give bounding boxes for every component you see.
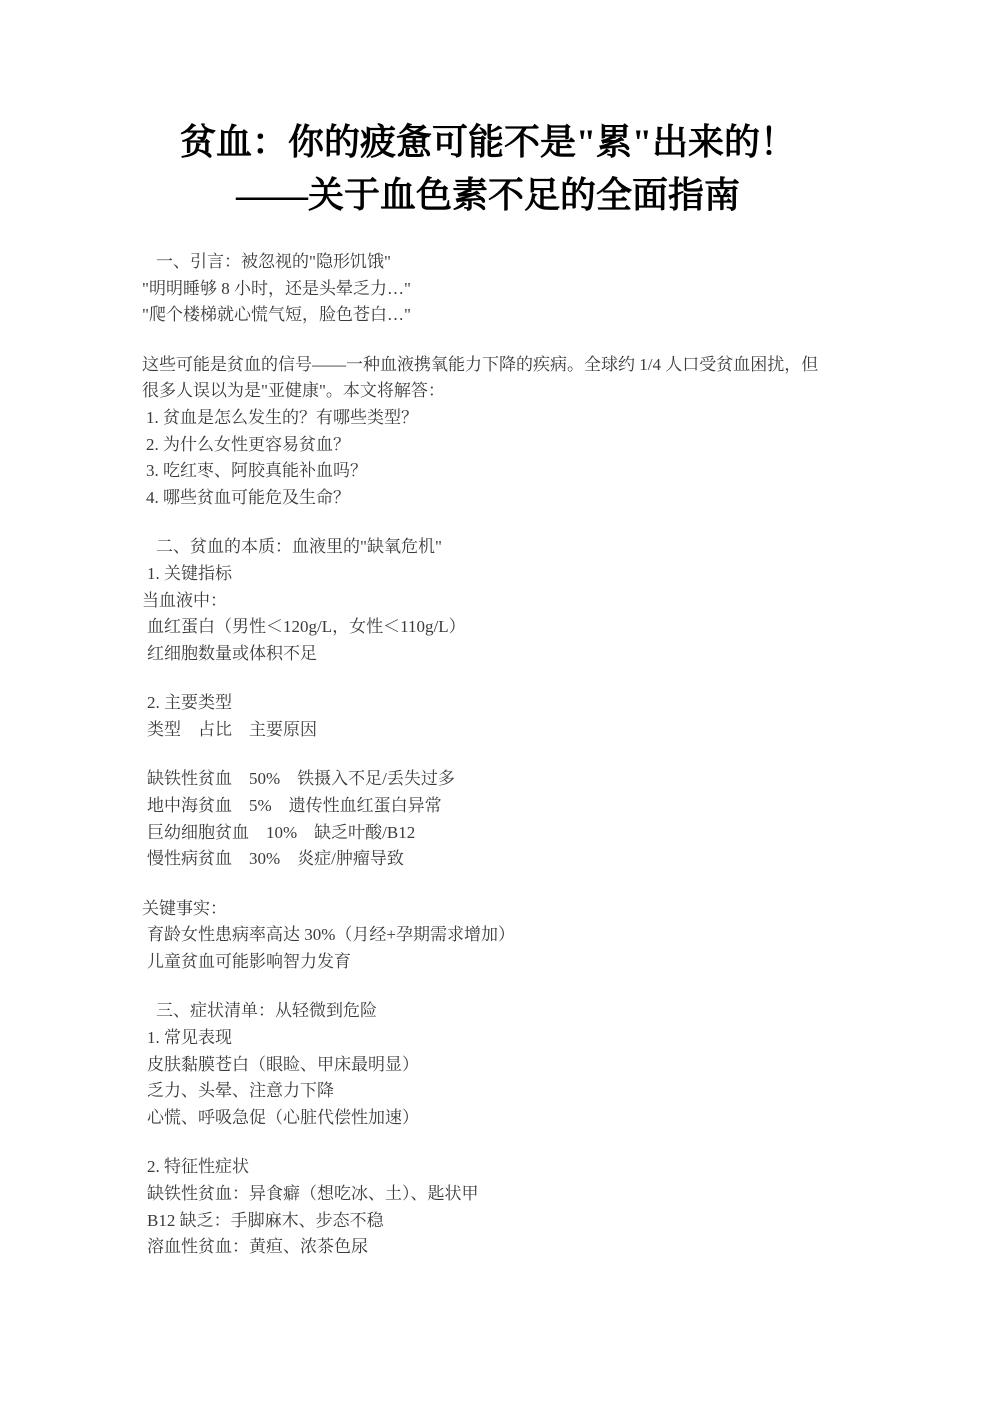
text-line: 缺铁性贫血：异食癖（想吃冰、土）、匙状甲: [142, 1181, 818, 1208]
text-line: 地中海贫血 5% 遗传性血红蛋白异常: [142, 793, 818, 820]
text-line: 皮肤黏膜苍白（眼睑、甲床最明显）: [142, 1052, 818, 1079]
text-line: "爬个楼梯就心慌气短，脸色苍白…": [142, 302, 818, 329]
blank-line: [142, 329, 818, 352]
text-line: 儿童贫血可能影响智力发育: [142, 949, 818, 976]
text-line: 2. 主要类型: [142, 690, 818, 717]
blank-line: [142, 1132, 818, 1155]
text-line: 很多人误以为是"亚健康"。本文将解答：: [142, 378, 818, 405]
text-line: "明明睡够 8 小时，还是头晕乏力…": [142, 276, 818, 303]
text-line: 红细胞数量或体积不足: [142, 641, 818, 668]
text-line: 2. 特征性症状: [142, 1154, 818, 1181]
text-line: 关键事实：: [142, 896, 818, 923]
text-line: 血红蛋白（男性＜120g/L，女性＜110g/L）: [142, 614, 818, 641]
text-line: 巨幼细胞贫血 10% 缺乏叶酸/B12: [142, 820, 818, 847]
text-line: B12 缺乏：手脚麻木、步态不稳: [142, 1208, 818, 1235]
blank-line: [142, 976, 818, 999]
text-line: 溶血性贫血：黄疸、浓茶色尿: [142, 1234, 818, 1261]
text-line: 类型 占比 主要原因: [142, 717, 818, 744]
text-line: 1. 常见表现: [142, 1025, 818, 1052]
text-line: 2. 为什么女性更容易贫血？: [142, 432, 818, 459]
text-line: 3. 吃红枣、阿胶真能补血吗？: [142, 458, 818, 485]
text-line: 1. 关键指标: [142, 561, 818, 588]
blank-line: [142, 744, 818, 767]
document-subtitle: ——关于血色素不足的全面指南: [0, 169, 976, 222]
text-line: 育龄女性患病率高达 30%（月经+孕期需求增加）: [142, 922, 818, 949]
text-line: 心慌、呼吸急促（心脏代偿性加速）: [142, 1105, 818, 1132]
text-line: 缺铁性贫血 50% 铁摄入不足/丢失过多: [142, 766, 818, 793]
document-title: 贫血：你的疲惫可能不是"累"出来的！: [0, 116, 976, 169]
text-line: 二、贫血的本质：血液里的"缺氧危机": [142, 534, 818, 561]
document-page: 贫血：你的疲惫可能不是"累"出来的！ ——关于血色素不足的全面指南 一、引言：被…: [0, 0, 992, 1403]
document-body: 一、引言：被忽视的"隐形饥饿""明明睡够 8 小时，还是头晕乏力…""爬个楼梯就…: [142, 249, 818, 1261]
text-line: 三、症状清单：从轻微到危险: [142, 998, 818, 1025]
text-line: 这些可能是贫血的信号——一种血液携氧能力下降的疾病。全球约 1/4 人口受贫血困…: [142, 352, 818, 379]
text-line: 一、引言：被忽视的"隐形饥饿": [142, 249, 818, 276]
document-title-block: 贫血：你的疲惫可能不是"累"出来的！ ——关于血色素不足的全面指南: [0, 116, 976, 222]
text-line: 当血液中：: [142, 588, 818, 615]
blank-line: [142, 512, 818, 535]
blank-line: [142, 668, 818, 691]
text-line: 4. 哪些贫血可能危及生命？: [142, 485, 818, 512]
text-line: 1. 贫血是怎么发生的？有哪些类型？: [142, 405, 818, 432]
blank-line: [142, 873, 818, 896]
text-line: 慢性病贫血 30% 炎症/肿瘤导致: [142, 846, 818, 873]
text-line: 乏力、头晕、注意力下降: [142, 1078, 818, 1105]
